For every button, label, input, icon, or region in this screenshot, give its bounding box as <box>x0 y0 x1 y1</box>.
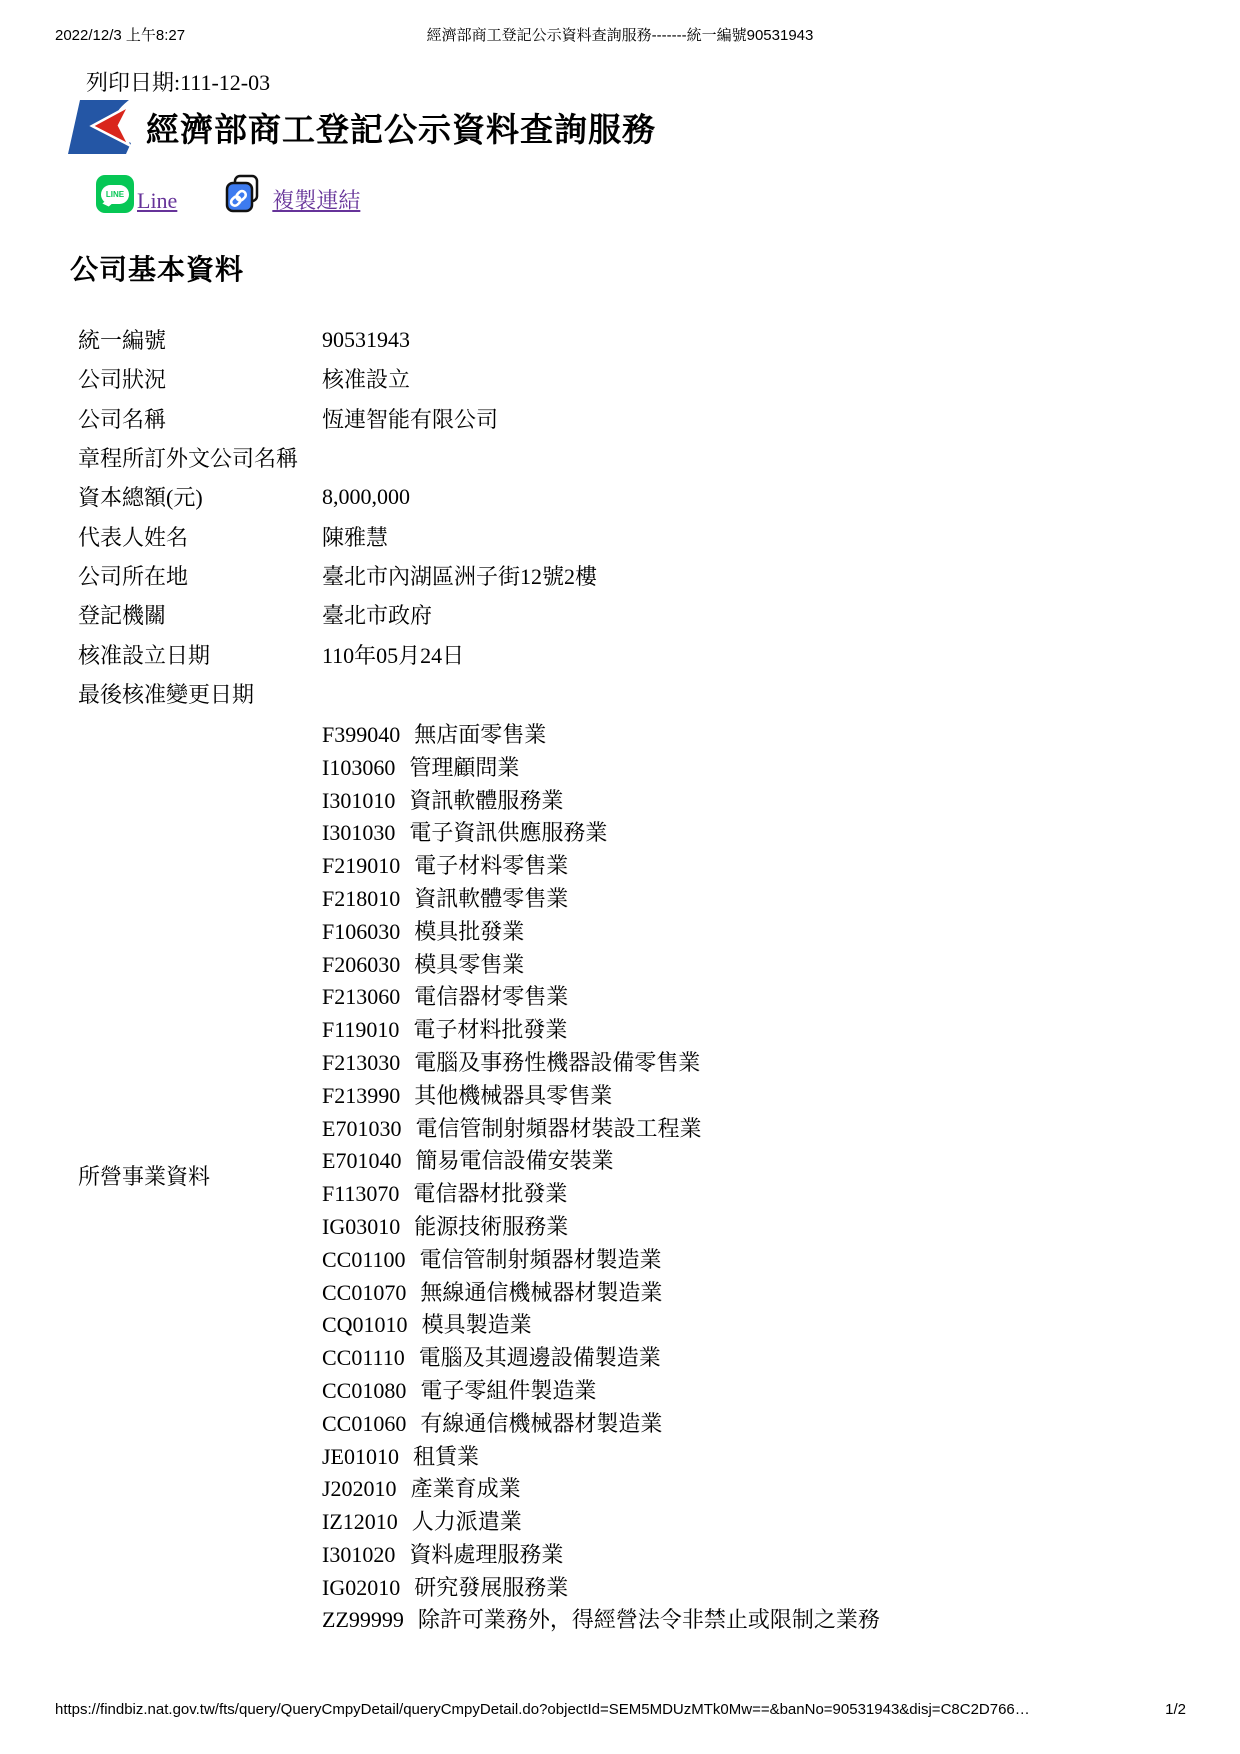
business-code: F119010 <box>322 1017 399 1042</box>
business-item: CC01100電信管制射頻器材製造業 <box>322 1244 880 1277</box>
info-row: 核准設立日期110年05月24日 <box>78 634 1188 673</box>
info-label: 統一編號 <box>78 324 322 355</box>
site-brand: 經濟部商工登記公示資料查詢服務 <box>64 98 656 156</box>
info-row: 公司所在地臺北市內湖區洲子街12號2樓 <box>78 556 1188 595</box>
business-code: I301030 <box>322 820 395 845</box>
business-code: F213060 <box>322 984 400 1009</box>
info-row: 資本總額(元)8,000,000 <box>78 477 1188 516</box>
business-name: 有線通信機械器材製造業 <box>420 1411 662 1436</box>
business-code: IG02010 <box>322 1575 400 1600</box>
business-item: F119010電子材料批發業 <box>322 1014 880 1047</box>
business-lines: F399040無店面零售業I103060管理顧問業I301010資訊軟體服務業I… <box>322 713 880 1637</box>
info-value: 臺北市內湖區洲子街12號2樓 <box>322 560 1188 591</box>
business-item: F219010電子材料零售業 <box>322 850 880 883</box>
business-code: F213030 <box>322 1050 400 1075</box>
business-code: F113070 <box>322 1181 399 1206</box>
info-rows: 統一編號90531943公司狀況核准設立公司名稱恆連智能有限公司章程所訂外文公司… <box>78 320 1188 713</box>
info-label: 章程所訂外文公司名稱 <box>78 442 322 473</box>
business-item: ZZ99999除許可業務外，得經營法令非禁止或限制之業務 <box>322 1604 880 1637</box>
business-code: E701030 <box>322 1116 401 1141</box>
business-code: IZ12010 <box>322 1509 398 1534</box>
business-item: F399040無店面零售業 <box>322 719 880 752</box>
moea-logo-icon <box>64 98 132 156</box>
company-info-table: 統一編號90531943公司狀況核准設立公司名稱恆連智能有限公司章程所訂外文公司… <box>78 320 1188 1637</box>
business-name: 簡易電信設備安裝業 <box>415 1148 613 1173</box>
business-name: 模具批發業 <box>414 919 524 944</box>
business-item: IG02010研究發展服務業 <box>322 1572 880 1605</box>
copy-link[interactable]: 複製連結 <box>272 189 360 213</box>
business-code: I301020 <box>322 1542 395 1567</box>
business-name: 電信管制射頻器材裝設工程業 <box>415 1116 701 1141</box>
info-label: 公司名稱 <box>78 403 322 434</box>
business-name: 管理顧問業 <box>409 755 519 780</box>
business-item: F218010資訊軟體零售業 <box>322 883 880 916</box>
business-item: JE01010租賃業 <box>322 1441 880 1474</box>
business-item: E701030電信管制射頻器材裝設工程業 <box>322 1113 880 1146</box>
business-name: 電信管制射頻器材製造業 <box>420 1247 662 1272</box>
business-name: 產業育成業 <box>411 1476 521 1501</box>
business-name: 電子材料批發業 <box>413 1017 567 1042</box>
business-item: I103060管理顧問業 <box>322 752 880 785</box>
business-code: E701040 <box>322 1148 401 1173</box>
business-name: 無線通信機械器材製造業 <box>420 1280 662 1305</box>
business-name: 資料處理服務業 <box>409 1542 563 1567</box>
business-code: CQ01010 <box>322 1312 408 1337</box>
business-name: 資訊軟體零售業 <box>414 886 568 911</box>
business-item: F113070電信器材批發業 <box>322 1178 880 1211</box>
info-value: 90531943 <box>322 327 1188 353</box>
business-item: I301030電子資訊供應服務業 <box>322 817 880 850</box>
business-item: F213060電信器材零售業 <box>322 981 880 1014</box>
business-item: F213990其他機械器具零售業 <box>322 1080 880 1113</box>
info-row: 公司名稱恆連智能有限公司 <box>78 399 1188 438</box>
business-code: I103060 <box>322 755 395 780</box>
business-name: 模具零售業 <box>414 952 524 977</box>
business-code: CC01100 <box>322 1247 406 1272</box>
info-label: 代表人姓名 <box>78 521 322 552</box>
info-row: 代表人姓名陳雅慧 <box>78 516 1188 555</box>
info-row: 統一編號90531943 <box>78 320 1188 359</box>
business-code: F213990 <box>322 1083 400 1108</box>
business-name: 能源技術服務業 <box>414 1214 568 1239</box>
business-code: F399040 <box>322 722 400 747</box>
business-item: CC01060有線通信機械器材製造業 <box>322 1408 880 1441</box>
business-item: F213030電腦及事務性機器設備零售業 <box>322 1047 880 1080</box>
business-name: 無店面零售業 <box>414 722 546 747</box>
print-date: 列印日期:111-12-03 <box>86 66 270 97</box>
business-item: IZ12010人力派遣業 <box>322 1506 880 1539</box>
business-code: CC01070 <box>322 1280 406 1305</box>
business-name: 租賃業 <box>413 1444 479 1469</box>
info-value: 110年05月24日 <box>322 639 1188 670</box>
business-name: 其他機械器具零售業 <box>414 1083 612 1108</box>
info-row: 章程所訂外文公司名稱 <box>78 438 1188 477</box>
business-item: CC01070無線通信機械器材製造業 <box>322 1277 880 1310</box>
copy-link-group: 複製連結 <box>225 174 360 213</box>
business-code: ZZ99999 <box>322 1607 404 1632</box>
copy-link-icon[interactable] <box>225 174 261 213</box>
line-icon-text: LINE <box>101 185 129 204</box>
business-code: J202010 <box>322 1476 397 1501</box>
info-row: 公司狀況核准設立 <box>78 359 1188 398</box>
business-item: CC01080電子零組件製造業 <box>322 1375 880 1408</box>
business-label: 所營事業資料 <box>78 713 322 1637</box>
business-name: 模具製造業 <box>422 1312 532 1337</box>
info-label: 核准設立日期 <box>78 639 322 670</box>
business-code: JE01010 <box>322 1444 399 1469</box>
info-value: 核准設立 <box>322 363 1188 394</box>
business-item: F106030模具批發業 <box>322 916 880 949</box>
section-title-company-basic-info: 公司基本資料 <box>70 248 244 288</box>
info-row: 登記機關臺北市政府 <box>78 595 1188 634</box>
business-name: 電腦及事務性機器設備零售業 <box>414 1050 700 1075</box>
info-value: 恆連智能有限公司 <box>322 403 1188 434</box>
business-code: F219010 <box>322 853 400 878</box>
business-item: CC01110電腦及其週邊設備製造業 <box>322 1342 880 1375</box>
business-code: CC01080 <box>322 1378 406 1403</box>
print-footer: https://findbiz.nat.gov.tw/fts/query/Que… <box>55 1701 1186 1718</box>
business-code: F106030 <box>322 919 400 944</box>
info-value: 臺北市政府 <box>322 599 1188 630</box>
print-footer-page-number: 1/2 <box>1165 1701 1186 1718</box>
business-name: 電腦及其週邊設備製造業 <box>419 1345 661 1370</box>
share-row: LINE Line 複製連結 <box>96 174 360 213</box>
business-item: F206030模具零售業 <box>322 949 880 982</box>
business-name: 除許可業務外，得經營法令非禁止或限制之業務 <box>418 1607 880 1632</box>
business-name: 電信器材批發業 <box>413 1181 567 1206</box>
business-name: 人力派遣業 <box>412 1509 522 1534</box>
business-item: J202010產業育成業 <box>322 1473 880 1506</box>
line-icon[interactable]: LINE <box>96 175 134 213</box>
info-label: 公司所在地 <box>78 560 322 591</box>
business-code: I301010 <box>322 788 395 813</box>
business-name: 電子材料零售業 <box>414 853 568 878</box>
info-value: 陳雅慧 <box>322 521 1188 552</box>
info-label: 資本總額(元) <box>78 481 322 512</box>
business-item: I301010資訊軟體服務業 <box>322 785 880 818</box>
business-name: 電信器材零售業 <box>414 984 568 1009</box>
business-row: 所營事業資料 F399040無店面零售業I103060管理顧問業I301010資… <box>78 713 1188 1637</box>
info-label: 最後核准變更日期 <box>78 678 322 709</box>
business-code: CC01060 <box>322 1411 406 1436</box>
business-item: CQ01010模具製造業 <box>322 1309 880 1342</box>
info-row: 最後核准變更日期 <box>78 674 1188 713</box>
business-item: IG03010能源技術服務業 <box>322 1211 880 1244</box>
business-name: 電子零組件製造業 <box>420 1378 596 1403</box>
info-label: 公司狀況 <box>78 363 322 394</box>
line-share-link[interactable]: Line <box>137 189 177 213</box>
business-code: IG03010 <box>322 1214 400 1239</box>
print-footer-url: https://findbiz.nat.gov.tw/fts/query/Que… <box>55 1701 1030 1718</box>
business-name: 研究發展服務業 <box>414 1575 568 1600</box>
business-code: F206030 <box>322 952 400 977</box>
business-name: 電子資訊供應服務業 <box>409 820 607 845</box>
business-item: E701040簡易電信設備安裝業 <box>322 1145 880 1178</box>
business-code: CC01110 <box>322 1345 405 1370</box>
business-item: I301020資料處理服務業 <box>322 1539 880 1572</box>
business-code: F218010 <box>322 886 400 911</box>
info-value: 8,000,000 <box>322 484 1188 510</box>
site-title: 經濟部商工登記公示資料查詢服務 <box>146 104 656 151</box>
print-header-title: 經濟部商工登記公示資料查詢服務-------統一編號90531943 <box>0 24 1240 45</box>
business-name: 資訊軟體服務業 <box>409 788 563 813</box>
info-label: 登記機關 <box>78 599 322 630</box>
